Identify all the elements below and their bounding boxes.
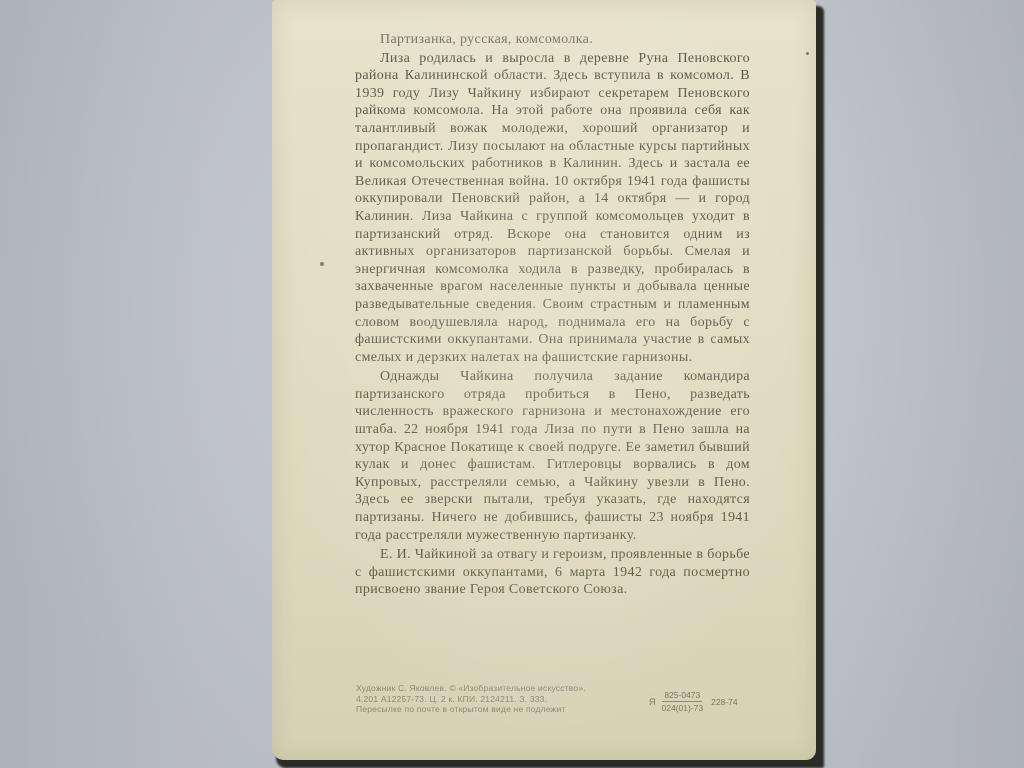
index-letter: Я: [649, 697, 656, 707]
biography-paragraph-2: Однажды Чайкина получила задание команди…: [355, 368, 750, 544]
biography-paragraph-3: Е. И. Чайкиной за отвагу и героизм, проя…: [355, 546, 750, 599]
index-suffix: 228-74: [711, 697, 737, 707]
biography-text: Партизанка, русская, комсомолка. Лиза ро…: [355, 31, 750, 599]
index-fraction: 825-0473 024(01)-73: [662, 690, 704, 713]
biography-paragraph-1: Лиза родилась и выросла в деревне Руна П…: [355, 50, 750, 367]
paper-speck: [806, 52, 809, 55]
postcard-back: Партизанка, русская, комсомолка. Лиза ро…: [272, 0, 816, 760]
subtitle: Партизанка, русская, комсомолка.: [355, 31, 750, 49]
index-code: Я 825-0473 024(01)-73 228-74: [649, 690, 738, 713]
index-numerator: 825-0473: [662, 690, 702, 702]
index-denominator: 024(01)-73: [662, 702, 704, 713]
paper-speck: [320, 262, 324, 266]
